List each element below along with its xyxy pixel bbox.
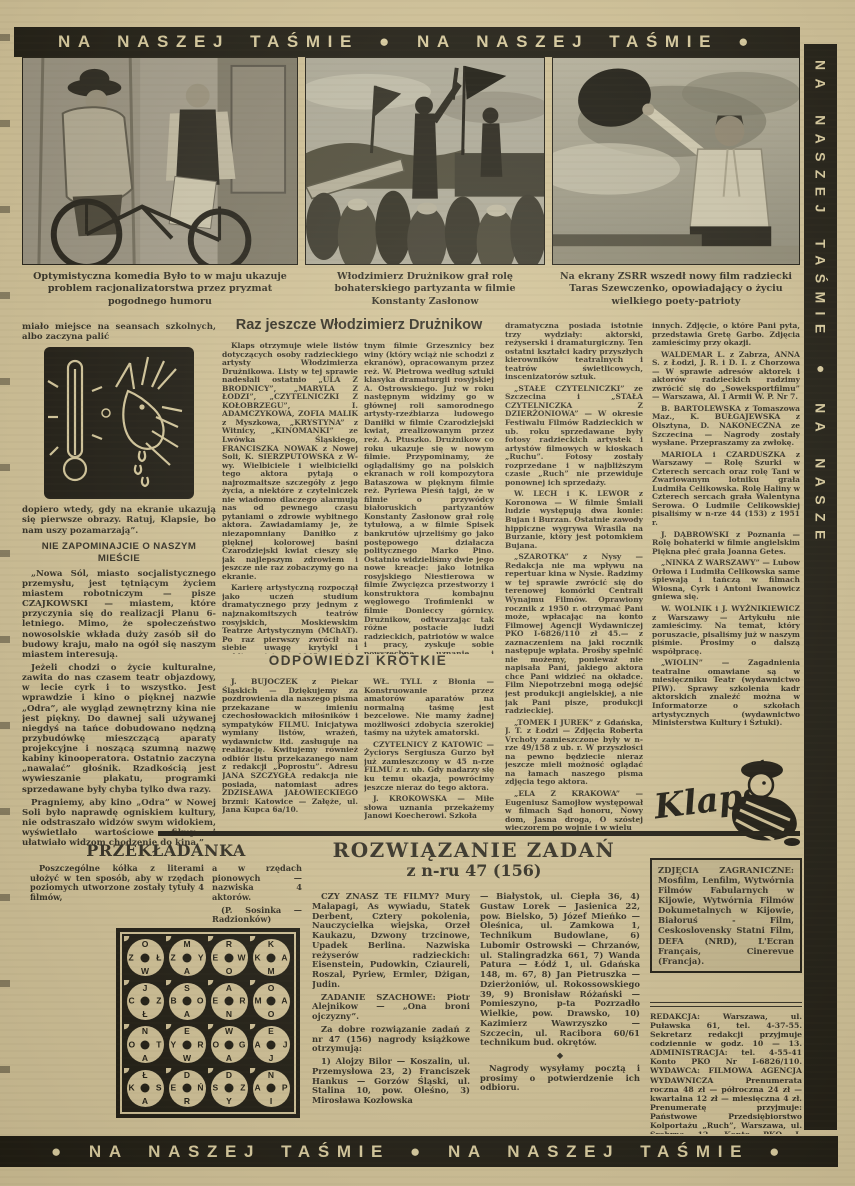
puzzle-letter: O (268, 1010, 275, 1019)
paragraph: MARIOLA i CZARDUSZKA z Warszawy — Rolę S… (652, 451, 800, 528)
paragraph: „Nowa Sól, miasto socjalistycznego przem… (22, 569, 216, 660)
paragraph: Pragniemy, aby kino „Odra” w Nowej Soli … (22, 798, 216, 846)
puzzle-cell: EYRW (166, 1023, 208, 1067)
puzzle-letter: I (270, 1097, 272, 1106)
puzzle-center-dot (267, 953, 276, 962)
section-divider-rule (158, 831, 800, 836)
article-column-a: Klaps otrzymuje wiele listów dotyczących… (222, 342, 358, 654)
puzzle-cell: KKAM (250, 936, 292, 980)
puzzle-letter: Ń (197, 1084, 203, 1093)
paragraph: Karierę artystyczną rozpoczął jako uczeń… (222, 584, 358, 654)
puzzle-letter: A (255, 1084, 261, 1093)
puzzle-letter: A (255, 1040, 261, 1049)
puzzle-letter: Z (156, 997, 161, 1006)
puzzle-letter: E (213, 997, 219, 1006)
puzzle-letter: A (142, 1054, 148, 1063)
side-banner: NA NASZEJ TAŚMIE ● NA NASZE (804, 44, 837, 1130)
imprint-block: REDAKCJA: Warszawa, ul. Puławska 61, tel… (650, 1012, 802, 1134)
puzzle-cell: SBOA (166, 980, 208, 1024)
puzzle-letter: O (226, 967, 233, 976)
paragraph: „ELA Z KRAKOWA” — Eugeniusz Samojłow wys… (505, 790, 643, 833)
puzzle-center-dot (183, 1084, 192, 1093)
paragraph: „TOMEK I JUREK” z Gdańska, J. T. z Łodzi… (505, 719, 643, 787)
paragraph: Poszczególne kółka z literami ułożyć w t… (30, 864, 204, 903)
puzzle-letter: R (197, 1040, 203, 1049)
letter-nowa-sol: „Nowa Sól, miasto socjalistycznego przem… (22, 569, 216, 846)
puzzle-circle: NOTA (127, 1026, 164, 1063)
puzzle-circle: EYRW (169, 1026, 206, 1063)
puzzle-circle: WOGA (211, 1026, 248, 1063)
puzzle-circle: REWO (211, 939, 248, 976)
puzzle-letter: M (183, 940, 190, 949)
puzzle-letter: K (129, 1084, 135, 1093)
puzzle-circle: AERN (211, 983, 248, 1020)
puzzle-center-dot (141, 953, 150, 962)
puzzle-letter: Ł (156, 953, 161, 962)
puzzle-letter: S (213, 1084, 219, 1093)
puzzle-cell: OZŁW (124, 936, 166, 980)
foreign-photo-credits-text: ZDJĘCIA ZAGRANICZNE: Mosfilm, Lenfilm, W… (658, 865, 794, 966)
photo-illustration (306, 58, 544, 264)
puzzle-letter: K (268, 940, 274, 949)
przekladanka-intro-a: Poszczególne kółka z literami ułożyć w t… (30, 864, 204, 926)
puzzle-letter: K (255, 953, 261, 962)
puzzle-center-dot (267, 997, 276, 1006)
puzzle-circle: DEŃR (169, 1070, 206, 1107)
puzzle-letter: O (129, 1040, 136, 1049)
letter-heading: NIE ZAPOMINAJCIE O NASZYM MIEŚCIE (22, 541, 216, 565)
puzzle-letter: D (184, 1071, 190, 1080)
caption-photo-3: Na ekrany ZSRR wszedł nowy film radzieck… (552, 271, 800, 308)
paragraph: „SZAROTKA” z Nysy — Redakcja nie ma wpły… (505, 553, 643, 715)
puzzle-cell: NOTA (124, 1023, 166, 1067)
paragraph: CZYTELNICY Z KATOWIC — Życiorys Sergiusz… (364, 741, 494, 792)
side-banner-text: NA NASZEJ TAŚMIE ● NA NASZE (813, 60, 829, 548)
puzzle-letter: M (267, 967, 274, 976)
puzzle-letter: S (156, 1084, 162, 1093)
photo-illustration (23, 58, 297, 264)
paragraph: J. KROKOWSKA — Miłe słowa uznania przeka… (364, 795, 494, 821)
puzzle-circle: SBOA (169, 983, 206, 1020)
puzzle-letter: A (184, 1010, 190, 1019)
puzzle-letter: E (213, 953, 219, 962)
answers-column-c: dramatyczna posiada istotnie trzy wydzia… (505, 322, 643, 850)
paragraph: miało miejsce na seansach szkolnych, alb… (22, 322, 216, 342)
puzzle-circle: NAPI (253, 1070, 290, 1107)
answers-section-title: ODPOWIEDZI KRÓTKIE (222, 653, 494, 668)
top-banner-text: NA NASZEJ TAŚMIE ● NA NASZEJ TAŚMIE ● (58, 32, 756, 52)
puzzle-circle: EAJJ (253, 1026, 290, 1063)
newspaper-page: { "palette":{"paper":"#d3c49b","ink":"#2… (0, 0, 855, 1186)
puzzle-circle: OMAO (253, 983, 290, 1020)
puzzle-letter: O (142, 940, 149, 949)
puzzle-frame: OZŁWMZYAREWOKKAMJCZŁSBOAAERNOMAONOTAEYRW… (116, 928, 300, 1118)
puzzle-circle: MZYA (169, 939, 206, 976)
puzzle-letter: B (171, 997, 177, 1006)
paragraph: ◆ (480, 1051, 640, 1061)
paragraph: 1) Alojzy Bilor — Koszalin, ul. Przemysł… (312, 1057, 470, 1106)
solutions-column-b: — Białystok, ul. Ciepła 36, 4) Gustaw Lo… (480, 892, 640, 1160)
puzzle-board: OZŁWMZYAREWOKKAMJCZŁSBOAAERNOMAONOTAEYRW… (122, 934, 294, 1112)
paragraph: „WIOLIN” — Zagadnienia teatralne omawian… (652, 659, 800, 727)
puzzle-letter: A (281, 997, 287, 1006)
column-readers-letters: miało miejsce na seansach szkolnych, alb… (22, 322, 216, 846)
puzzle-letter: Ł (142, 1071, 147, 1080)
puzzle-letter: N (142, 1027, 148, 1036)
puzzle-cell: NAPI (250, 1067, 292, 1111)
puzzle-center-dot (141, 997, 150, 1006)
puzzle-letter: E (268, 1027, 274, 1036)
puzzle-letter: D (226, 1071, 232, 1080)
paragraph: — Białystok, ul. Ciepła 36, 4) Gustaw Lo… (480, 892, 640, 1048)
puzzle-letter: P (282, 1084, 288, 1093)
puzzle-letter: J (143, 984, 148, 993)
puzzle-letter: Z (129, 953, 134, 962)
puzzle-center-dot (225, 997, 234, 1006)
puzzle-letter: C (129, 997, 135, 1006)
puzzle-cell: DSZY (208, 1067, 250, 1111)
paragraph: (P. Sosinka — Radzionków) (212, 906, 302, 925)
puzzle-letter: Y (198, 953, 204, 962)
paragraph: WŁ. TYLL z Błonia — Konstruowanie przez … (364, 678, 494, 738)
puzzle-letter: A (226, 1054, 232, 1063)
paragraph: J. BUJOCZEK z Piekar Śląskich — Dziękuje… (222, 678, 358, 815)
paragraph: W. LECH i K. LEWOR z Koronowa — W filmie… (505, 490, 643, 550)
paragraph: innych. Zdjęcie, o które Pani pyta, prze… (652, 322, 800, 348)
puzzle-letter: E (171, 1084, 177, 1093)
puzzle-letter: O (213, 1040, 220, 1049)
answers-column-b: WŁ. TYLL z Błonia — Konstruowanie przez … (364, 678, 494, 850)
article-column-b: tnym filmie Grzesznicy bez winy (który w… (364, 342, 494, 654)
paragraph: ZADANIE SZACHOWE: Piotr Alejnikow — „Ona… (312, 993, 470, 1022)
puzzle-letter: R (239, 997, 245, 1006)
photo-partisan-crowd (305, 57, 545, 265)
puzzle-letter: Y (226, 1097, 232, 1106)
puzzle-center-dot (183, 953, 192, 962)
paragraph: a w rzędach pionowych — nazwiska 4 aktor… (212, 864, 302, 903)
puzzle-letter: J (283, 1040, 288, 1049)
puzzle-cell: AERN (208, 980, 250, 1024)
puzzle-center-dot (225, 953, 234, 962)
puzzle-letter: T (156, 1040, 161, 1049)
paragraph: WALDEMAR L. z Zabrza, ANNA S. z Łodzi, J… (652, 351, 800, 402)
paragraph: dopiero wtedy, gdy na ekranie ukazują si… (22, 505, 216, 535)
film-strip-edge-marks (0, 0, 10, 1186)
puzzle-letter: O (268, 984, 275, 993)
answers-column-d: innych. Zdjęcie, o które Pani pyta, prze… (652, 322, 800, 752)
puzzle-center-dot (141, 1084, 150, 1093)
puzzle-cell: JCZŁ (124, 980, 166, 1024)
imprint-text: REDAKCJA: Warszawa, ul. Puławska 61, tel… (650, 1012, 802, 1134)
puzzle-center-dot (141, 1040, 150, 1049)
puzzle-letter: E (184, 1027, 190, 1036)
puzzle-circle: DSZY (211, 1070, 248, 1107)
caption-photo-2: Włodzimierz Drużnikow grał rolę bohaters… (305, 271, 545, 308)
photo-taras-szewczenko (552, 57, 800, 265)
paragraph: Jeżeli chodzi o życie kulturalne, zawita… (22, 663, 216, 795)
puzzle-letter: W (237, 953, 245, 962)
przekladanka-intro-b: a w rzędach pionowych — nazwiska 4 aktor… (212, 864, 302, 926)
article-title: Raz jeszcze Włodzimierz Drużnikow (222, 317, 496, 333)
photo-comedy-bylo-to-w-maju (22, 57, 298, 265)
moose-thermometer-illustration (44, 347, 194, 499)
paragraph: B. BARTOLEWSKA z Tomaszowa Maz., K. BUŁG… (652, 405, 800, 448)
puzzle-letter: W (141, 967, 149, 976)
puzzle-letter: A (184, 967, 190, 976)
puzzle-letter: Y (171, 1040, 177, 1049)
przekladanka-title: PRZEKŁADANKA (30, 841, 302, 860)
solutions-column-a: CZY ZNASZ TE FILMY? Mury Malapagi, As wy… (312, 892, 470, 1160)
paragraph: Za dobre rozwiązanie zadań z nr 47 (156)… (312, 1025, 470, 1054)
paragraph: J. DĄBROWSKI z Poznania — Rolę bohaterki… (652, 531, 800, 557)
puzzle-letter: A (142, 1097, 148, 1106)
paragraph: „STAŁE CZYTELNICZKI” ze Szczecina i „STA… (505, 385, 643, 488)
puzzle-cell: WOGA (208, 1023, 250, 1067)
puzzle-circle: JCZŁ (127, 983, 164, 1020)
puzzle-letter: Z (240, 1084, 245, 1093)
puzzle-center-dot (183, 997, 192, 1006)
puzzle-center-dot (225, 1084, 234, 1093)
puzzle-cell: REWO (208, 936, 250, 980)
puzzle-cell: DEŃR (166, 1067, 208, 1111)
puzzle-letter: Ł (142, 1010, 147, 1019)
puzzle-letter: M (255, 997, 262, 1006)
puzzle-letter: A (281, 953, 287, 962)
puzzle-cell: OMAO (250, 980, 292, 1024)
foreign-photo-credits-box: ZDJĘCIA ZAGRANICZNE: Mosfilm, Lenfilm, W… (650, 858, 802, 973)
photo-illustration (553, 58, 799, 264)
paragraph: tnym filmie Grzesznicy bez winy (który w… (364, 342, 494, 654)
solutions-subtitle: z n-ru 47 (156) (306, 861, 642, 880)
puzzle-center-dot (267, 1084, 276, 1093)
answers-column-a: J. BUJOCZEK z Piekar Śląskich — Dziękuje… (222, 678, 358, 850)
paragraph: W. WOLNIK i J. WYŻNIKIEWICZ z Warszawy —… (652, 605, 800, 656)
letter-continuation-2: dopiero wtedy, gdy na ekranie ukazują si… (22, 505, 216, 535)
puzzle-letter: N (226, 1010, 232, 1019)
puzzle-center-dot (183, 1040, 192, 1049)
paragraph: Klaps otrzymuje wiele listów dotyczących… (222, 342, 358, 581)
paragraph: dramatyczna posiada istotnie trzy wydzia… (505, 322, 643, 382)
puzzle-letter: G (239, 1040, 246, 1049)
puzzle-circle: KKAM (253, 939, 290, 976)
puzzle-letter: R (184, 1097, 190, 1106)
puzzle-circle: ŁKSA (127, 1070, 164, 1107)
puzzle-letter: J (269, 1054, 274, 1063)
puzzle-letter: Z (171, 953, 176, 962)
puzzle-letter: O (197, 997, 204, 1006)
puzzle-letter: R (226, 940, 232, 949)
puzzle-letter: W (183, 1054, 191, 1063)
top-banner: NA NASZEJ TAŚMIE ● NA NASZEJ TAŚMIE ● (14, 27, 800, 57)
caption-photo-1: Optymistyczna komedia Było to w maju uka… (22, 271, 298, 308)
puzzle-letter: S (184, 984, 190, 993)
imprint-divider (650, 1002, 802, 1007)
letter-continuation: miało miejsce na seansach szkolnych, alb… (22, 322, 216, 342)
puzzle-letter: W (225, 1027, 233, 1036)
paragraph: Nagrody wysyłamy pocztą i prosimy o potw… (480, 1064, 640, 1093)
puzzle-center-dot (267, 1040, 276, 1049)
paragraph: „NINKA Z WARSZAWY” — Lubow Orłowa i Ludm… (652, 559, 800, 602)
puzzle-letter: A (226, 984, 232, 993)
puzzle-cell: EAJJ (250, 1023, 292, 1067)
solutions-title: ROZWIĄZANIE ZADAŃ (306, 838, 642, 862)
puzzle-cell: MZYA (166, 936, 208, 980)
puzzle-letter: N (268, 1071, 274, 1080)
paragraph: CZY ZNASZ TE FILMY? Mury Malapagi, As wy… (312, 892, 470, 990)
puzzle-circle: OZŁW (127, 939, 164, 976)
puzzle-cell: ŁKSA (124, 1067, 166, 1111)
puzzle-center-dot (225, 1040, 234, 1049)
